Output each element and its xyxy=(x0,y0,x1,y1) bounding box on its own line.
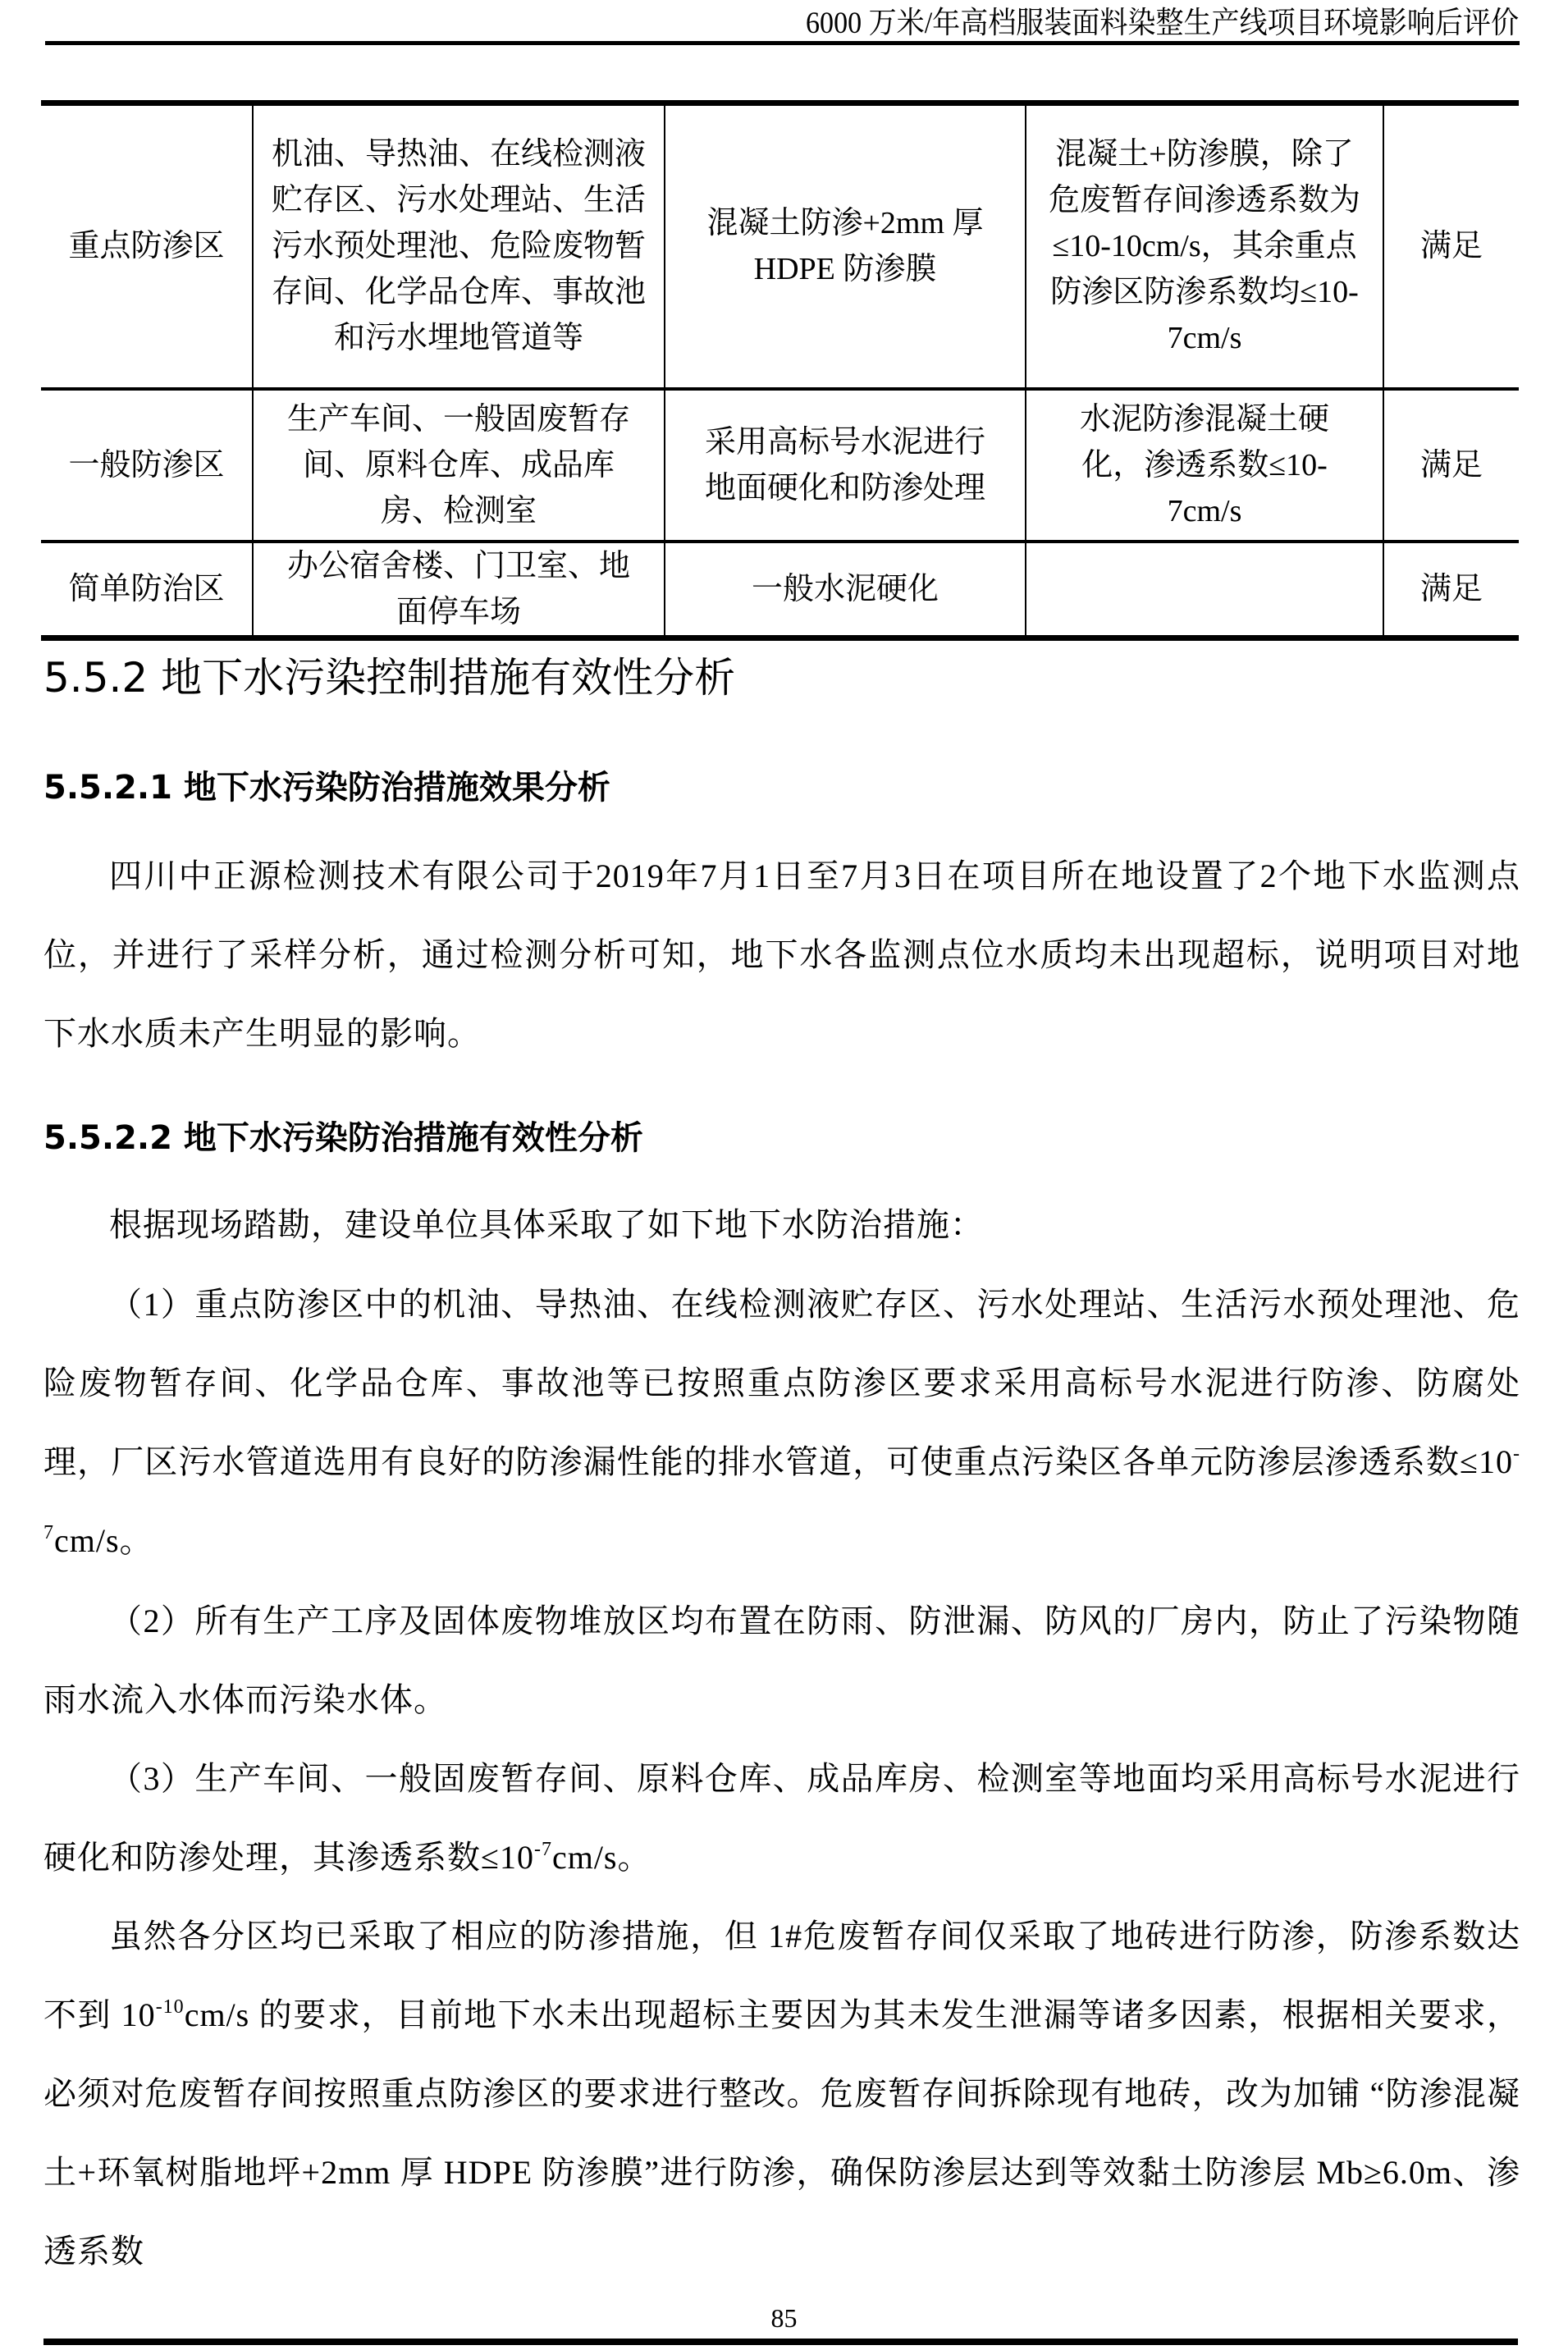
compliance-cell: 满足 xyxy=(1383,542,1519,638)
zone-areas-cell: 办公宿舍楼、门卫室、地面停车场 xyxy=(253,542,665,638)
table-row: 简单防治区 办公宿舍楼、门卫室、地面停车场 一般水泥硬化 满足 xyxy=(41,542,1519,638)
zone-name-cell: 简单防治区 xyxy=(41,542,253,638)
actual-measure-cell xyxy=(1026,542,1383,638)
table-row: 重点防渗区 机油、导热油、在线检测液贮存区、污水处理站、生活污水预处理池、危险废… xyxy=(41,103,1519,389)
running-header-title: 6000 万米/年高档服装面料染整生产线项目环境影响后评价 xyxy=(163,3,1519,44)
zone-areas-cell: 机油、导热油、在线检测液贮存区、污水处理站、生活污水预处理池、危险废物暂存间、化… xyxy=(253,103,665,389)
anti-seepage-zone-table: 重点防渗区 机油、导热油、在线检测液贮存区、污水处理站、生活污水预处理池、危险废… xyxy=(41,100,1519,641)
required-measure-cell: 一般水泥硬化 xyxy=(665,542,1026,638)
subsection-heading-5-5-2-2: 5.5.2.2 地下水污染防治措施有效性分析 xyxy=(43,1118,643,1159)
actual-measure-cell: 水泥防渗混凝土硬化，渗透系数≤10-7cm/s xyxy=(1026,389,1383,542)
zone-areas-cell: 生产车间、一般固废暂存间、原料仓库、成品库房、检测室 xyxy=(253,389,665,542)
footer-rule xyxy=(43,2339,1518,2345)
section-heading-5-5-2: 5.5.2 地下水污染控制措施有效性分析 xyxy=(43,653,735,702)
measure-3-unit: cm/s。 xyxy=(552,1839,651,1876)
paragraph-measure-1: （1）重点防渗区中的机油、导热油、在线检测液贮存区、污水处理站、生活污水预处理池… xyxy=(43,1265,1520,1580)
compliance-cell: 满足 xyxy=(1383,389,1519,542)
required-measure-cell: 采用高标号水泥进行地面硬化和防渗处理 xyxy=(665,389,1026,542)
zone-name-cell: 重点防渗区 xyxy=(41,103,253,389)
conclusion-exponent: -10 xyxy=(156,1996,185,2018)
conclusion-continued: cm/s 的要求，目前地下水未出现超标主要因为其未发生泄漏等诸多因素，根据相关要… xyxy=(43,1996,1520,2270)
subsection-heading-5-5-2-1: 5.5.2.1 地下水污染防治措施效果分析 xyxy=(43,767,610,808)
header-rule xyxy=(45,41,1520,45)
measure-3-text: （3）生产车间、一般固废暂存间、原料仓库、成品库房、检测室等地面均采用高标号水泥… xyxy=(43,1760,1520,1876)
table-row: 一般防渗区 生产车间、一般固废暂存间、原料仓库、成品库房、检测室 采用高标号水泥… xyxy=(41,389,1519,542)
paragraph-monitoring-results: 四川中正源检测技术有限公司于2019年7月1日至7月3日在项目所在地设置了2个地… xyxy=(43,837,1520,1073)
measure-1-unit: cm/s。 xyxy=(54,1522,153,1559)
actual-measure-cell: 混凝土+防渗膜，除了危废暂存间渗透系数为≤10-10cm/s，其余重点防渗区防渗… xyxy=(1026,103,1383,389)
paragraph-conclusion: 虽然各分区均已采取了相应的防渗措施，但 1#危废暂存间仅采取了地砖进行防渗，防渗… xyxy=(43,1897,1520,2291)
zone-name-cell: 一般防渗区 xyxy=(41,389,253,542)
paragraph-measure-2: （2）所有生产工序及固体废物堆放区均布置在防雨、防泄漏、防风的厂房内，防止了污染… xyxy=(43,1582,1520,1740)
paragraph-intro: 根据现场踏勘，建设单位具体采取了如下地下水防治措施： xyxy=(43,1186,1520,1264)
measure-3-exponent: -7 xyxy=(534,1839,552,1860)
page-number: 85 xyxy=(0,2302,1568,2334)
paragraph-measure-3: （3）生产车间、一般固废暂存间、原料仓库、成品库房、检测室等地面均采用高标号水泥… xyxy=(43,1740,1520,1897)
measure-1-text: （1）重点防渗区中的机油、导热油、在线检测液贮存区、污水处理站、生活污水预处理池… xyxy=(43,1286,1520,1480)
required-measure-cell: 混凝土防渗+2mm 厚 HDPE 防渗膜 xyxy=(665,103,1026,389)
compliance-cell: 满足 xyxy=(1383,103,1519,389)
